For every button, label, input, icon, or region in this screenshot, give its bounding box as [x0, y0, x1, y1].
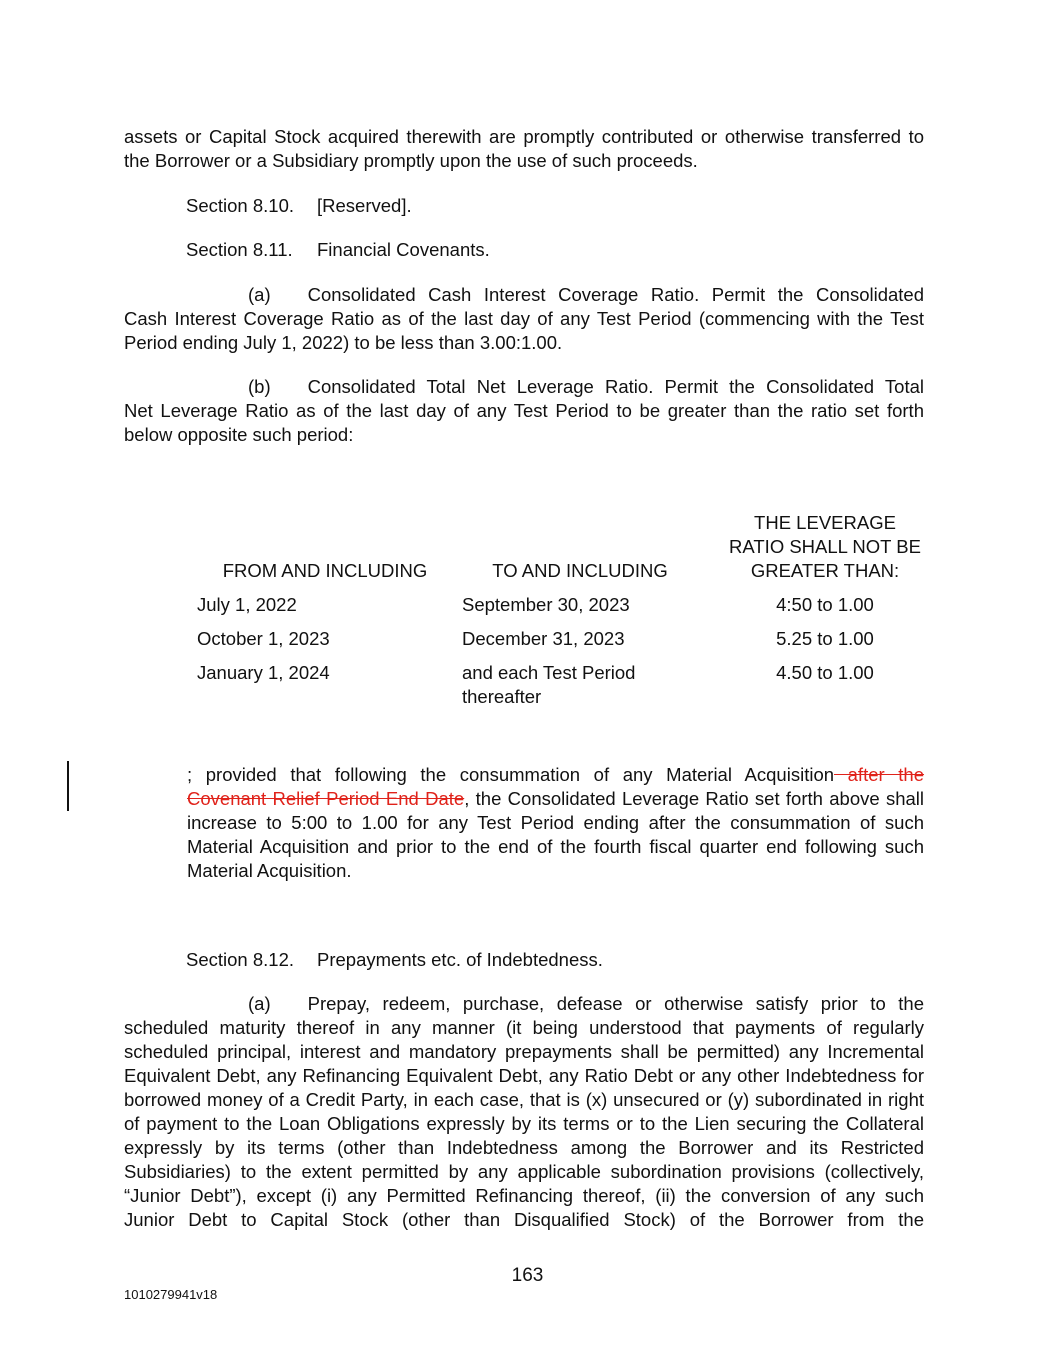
- section-8-12-a-line-7: expressly by its terms (other than Indeb…: [124, 1136, 924, 1160]
- row-3-to-line-2: thereafter: [462, 685, 635, 709]
- section-8-12-a-line-5: borrowed money of a Credit Party, in eac…: [124, 1088, 924, 1112]
- proviso-line-2: Covenant Relief Period End Date, the Con…: [187, 787, 924, 811]
- section-8-12-a-line-2: scheduled maturity thereof in any manner…: [124, 1016, 924, 1040]
- row-2-ratio: 5.25 to 1.00: [705, 627, 945, 651]
- section-8-12-a-line-3: scheduled principal, interest and mandat…: [124, 1040, 924, 1064]
- section-8-11-b-line-1: (b) Consolidated Total Net Leverage Rati…: [124, 375, 924, 399]
- header-ratio: THE LEVERAGE RATIO SHALL NOT BE GREATER …: [705, 511, 945, 583]
- row-1-to: September 30, 2023: [462, 593, 630, 617]
- section-8-11-number: Section 8.11.: [186, 238, 293, 262]
- row-1-ratio: 4:50 to 1.00: [705, 593, 945, 617]
- proviso-line-4: Material Acquisition and prior to the en…: [187, 835, 924, 859]
- intro-line-2: the Borrower or a Subsidiary promptly up…: [124, 149, 924, 173]
- section-8-11-a-line-1: (a) Consolidated Cash Interest Coverage …: [124, 283, 924, 307]
- proviso-line-5: Material Acquisition.: [187, 859, 924, 883]
- proviso-paragraph: ; provided that following the consummati…: [187, 763, 924, 883]
- document-id: 1010279941v18: [124, 1287, 217, 1302]
- section-8-12-a-line-9: “Junior Debt”), except (i) any Permitted…: [124, 1184, 924, 1208]
- row-2-to: December 31, 2023: [462, 627, 625, 651]
- deleted-text: Covenant Relief Period End Date: [187, 788, 464, 809]
- section-8-11-a-line-2: Cash Interest Coverage Ratio as of the l…: [124, 307, 924, 331]
- section-8-11-a-line-3: Period ending July 1, 2022) to be less t…: [124, 331, 924, 355]
- proviso-line-1-text: ; provided that following the consummati…: [187, 764, 834, 785]
- section-8-12-title: Prepayments etc. of Indebtedness.: [317, 948, 603, 972]
- page-number: 163: [0, 1265, 1055, 1287]
- row-3-from: January 1, 2024: [197, 661, 330, 685]
- proviso-line-1: ; provided that following the consummati…: [187, 763, 924, 787]
- row-1-from: July 1, 2022: [197, 593, 297, 617]
- section-8-12-number: Section 8.12.: [186, 948, 294, 972]
- section-8-12-a-line-10: Junior Debt to Capital Stock (other than…: [124, 1208, 924, 1232]
- row-2-from: October 1, 2023: [197, 627, 330, 651]
- deleted-text: after the: [834, 764, 924, 785]
- section-8-11-title: Financial Covenants.: [317, 238, 490, 262]
- revision-change-bar: [67, 761, 69, 811]
- section-8-12-a-paragraph: (a) Prepay, redeem, purchase, defease or…: [124, 992, 924, 1232]
- section-8-12-a-line-4: Equivalent Debt, any Refinancing Equival…: [124, 1064, 924, 1088]
- proviso-line-2-text: , the Consolidated Leverage Ratio set fo…: [464, 788, 924, 809]
- header-ratio-line-1: THE LEVERAGE: [705, 511, 945, 535]
- section-8-10-number: Section 8.10.: [186, 194, 294, 218]
- header-to-and-including: TO AND INCLUDING: [455, 559, 705, 583]
- section-8-11-b-line-3: below opposite such period:: [124, 423, 924, 447]
- section-8-12-a-line-8: Subsidiaries) to the extent permitted by…: [124, 1160, 924, 1184]
- document-page: assets or Capital Stock acquired therewi…: [0, 0, 1055, 1365]
- intro-paragraph: assets or Capital Stock acquired therewi…: [124, 125, 924, 173]
- section-8-12-a-line-1: (a) Prepay, redeem, purchase, defease or…: [124, 992, 924, 1016]
- header-ratio-line-3: GREATER THAN:: [705, 559, 945, 583]
- section-8-11-b-line-2: Net Leverage Ratio as of the last day of…: [124, 399, 924, 423]
- header-from-and-including: FROM AND INCLUDING: [195, 559, 455, 583]
- header-ratio-line-2: RATIO SHALL NOT BE: [705, 535, 945, 559]
- section-8-11-a-paragraph: (a) Consolidated Cash Interest Coverage …: [124, 283, 924, 355]
- section-8-11-b-paragraph: (b) Consolidated Total Net Leverage Rati…: [124, 375, 924, 447]
- row-3-ratio: 4.50 to 1.00: [705, 661, 945, 685]
- section-8-10-title: [Reserved].: [317, 194, 412, 218]
- section-8-12-a-line-6: of payment to the Loan Obligations expre…: [124, 1112, 924, 1136]
- row-3-to-line-1: and each Test Period: [462, 661, 635, 685]
- row-3-to: and each Test Period thereafter: [462, 661, 635, 709]
- proviso-line-3: increase to 5:00 to 1.00 for any Test Pe…: [187, 811, 924, 835]
- intro-line-1: assets or Capital Stock acquired therewi…: [124, 125, 924, 149]
